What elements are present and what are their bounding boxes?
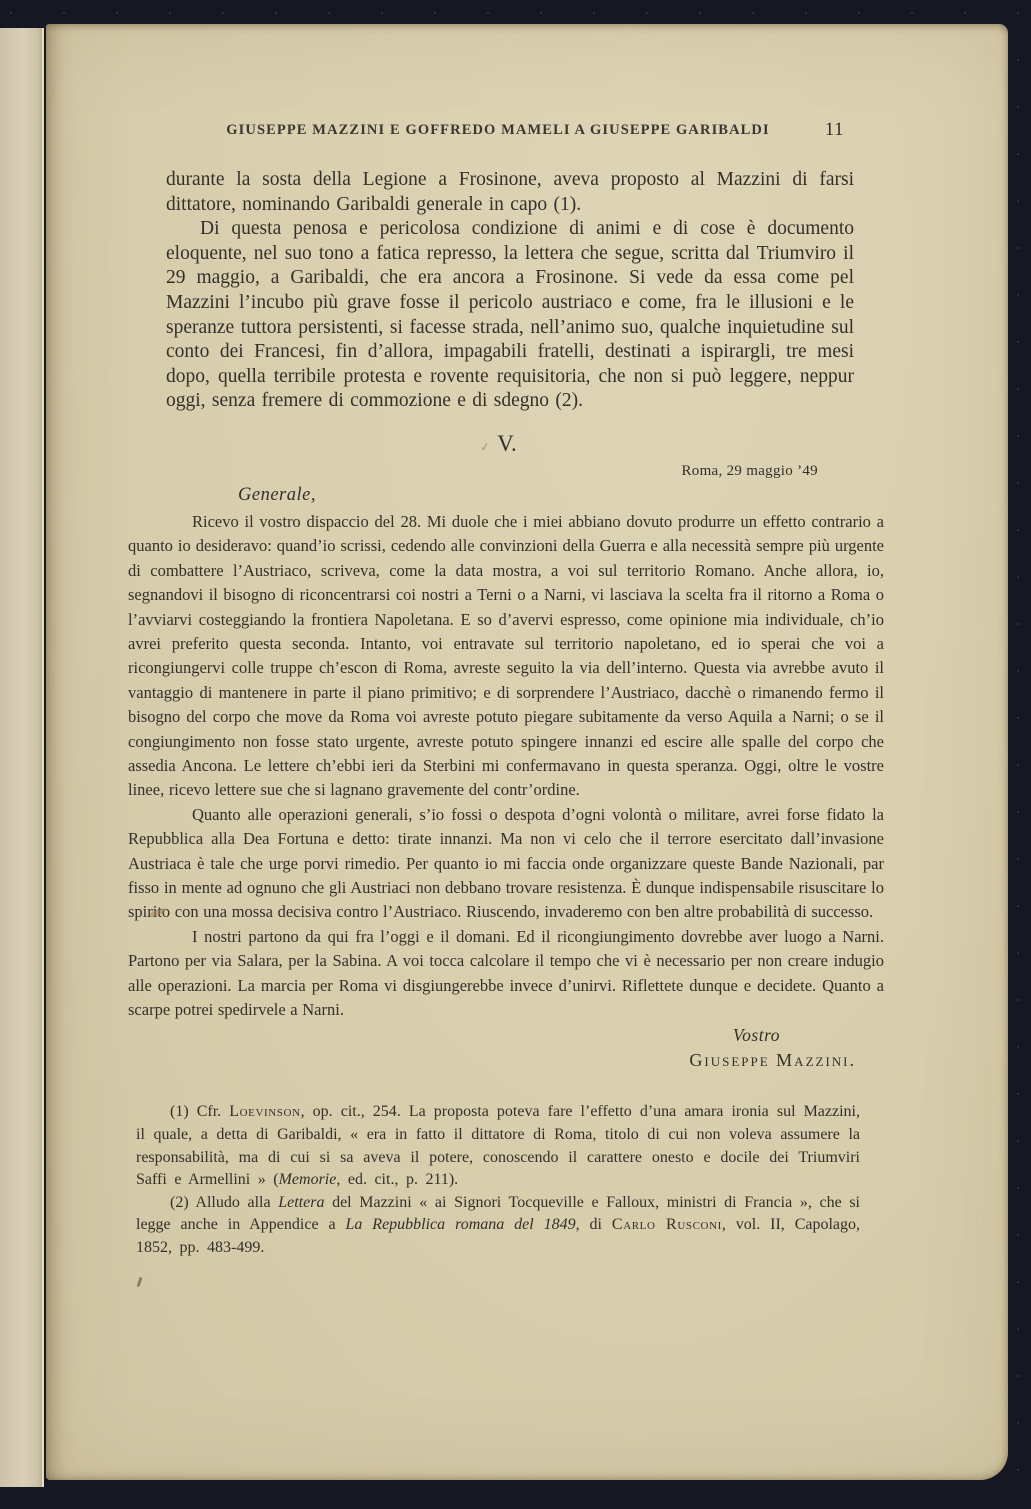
footnote-segment: Memorie: [279, 1171, 337, 1188]
footnote-segment: (2) Alludo alla: [170, 1194, 278, 1211]
footnote-segment: Carlo Rusconi: [612, 1216, 722, 1233]
letter-signature: Giuseppe Mazzini.: [128, 1050, 884, 1071]
intro-paragraph-2: Di questa penosa e pericolosa condizione…: [166, 217, 854, 414]
intro-text-block: durante la sosta della Legione a Frosino…: [166, 168, 854, 414]
footnote-segment: , di: [576, 1216, 612, 1233]
page-number: 11: [825, 119, 844, 141]
footnote-segment: Loevinson: [229, 1103, 300, 1120]
adjacent-page-edge: [0, 28, 44, 1487]
letter-salutation: Generale,: [238, 485, 884, 506]
book-page: GIUSEPPE MAZZINI E GOFFREDO MAMELI A GIU…: [46, 24, 1008, 1480]
pencil-mark: [137, 1277, 143, 1287]
footnote-segment: Lettera: [278, 1194, 324, 1211]
letter-paragraph-2: Quanto alle operazioni generali, s’io fo…: [128, 803, 884, 925]
footnotes-block: (1) Cfr. Loevinson, op. cit., 254. La pr…: [136, 1101, 860, 1259]
section-heading: V.: [46, 429, 968, 459]
letter-paragraph-3: I nostri partono da qui fra l’oggi e il …: [128, 925, 884, 1023]
footnote-segment: (1) Cfr.: [170, 1103, 229, 1120]
scanned-book-photo: GIUSEPPE MAZZINI E GOFFREDO MAMELI A GIU…: [0, 0, 1031, 1509]
letter-block: Roma, 29 maggio ’49 Generale, Ricevo il …: [128, 463, 884, 1072]
footnote-1: (1) Cfr. Loevinson, op. cit., 254. La pr…: [136, 1101, 860, 1191]
intro-paragraph-1: durante la sosta della Legione a Frosino…: [166, 168, 854, 217]
footnote-segment: , ed. cit., p. 211).: [336, 1171, 458, 1188]
footnote-2: (2) Alludo alla Lettera del Mazzini « ai…: [136, 1192, 860, 1260]
letter-valediction: Vostro: [128, 1025, 884, 1046]
running-title: GIUSEPPE MAZZINI E GOFFREDO MAMELI A GIU…: [160, 122, 896, 139]
section-heading-label: V.: [497, 431, 516, 456]
footnote-segment: La Repubblica romana del 1849: [345, 1216, 575, 1233]
running-head: GIUSEPPE MAZZINI E GOFFREDO MAMELI A GIU…: [160, 122, 896, 144]
letter-dateline: Roma, 29 maggio ’49: [128, 463, 884, 480]
letter-paragraph-1: Ricevo il vostro dispaccio del 28. Mi du…: [128, 510, 884, 803]
